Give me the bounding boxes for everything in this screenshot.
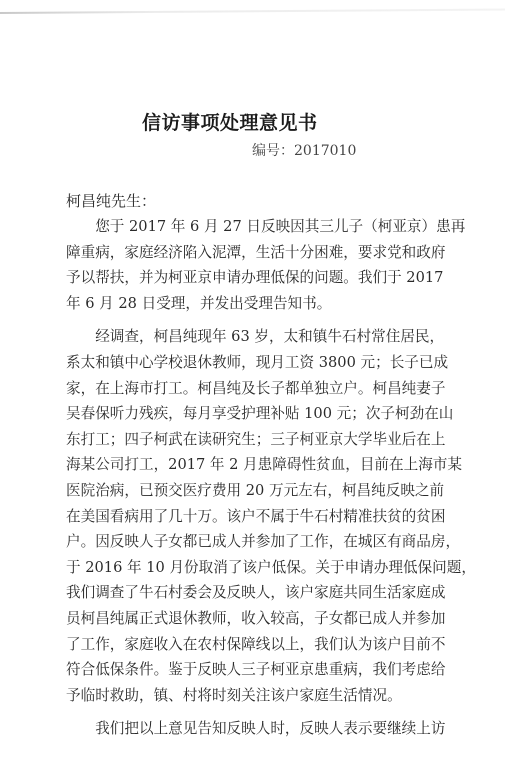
body-line: 您于 2017 年 6 月 27 日反映因其三儿子（柯亚京）患再 <box>66 214 470 240</box>
body-line: 员柯昌纯属正式退休教师，收入较高，子女都已成人并参加 <box>66 606 470 632</box>
scan-edge <box>0 8 505 14</box>
body-line: 海某公司打工，2017 年 2 月患障碍性贫血，目前在上海市某 <box>66 452 470 478</box>
body-line: 在美国看病用了几十万。该户不属于牛石村精准扶贫的贫困 <box>66 504 470 530</box>
paragraph-gap <box>66 708 470 716</box>
salutation: 柯昌纯先生： <box>66 190 156 211</box>
body-line: 经调查，柯昌纯现年 63 岁，太和镇牛石村常住居民， <box>66 324 470 350</box>
body-line: 于 2016 年 10 月份取消了该户低保。关于申请办理低保问题， <box>66 555 470 581</box>
body-line: 障重病，家庭经济陷入泥潭，生活十分困难，要求党和政府 <box>66 240 470 266</box>
body-line: 户。因反映人子女都已成人并参加了工作，在城区有商品房， <box>66 529 470 555</box>
body-line: 予以帮扶，并为柯亚京申请办理低保的问题。我们于 2017 <box>66 265 470 291</box>
body-line: 我们调查了牛石村委会及反映人，该户家庭共同生活家庭成 <box>66 580 470 606</box>
body-line: 我们把以上意见告知反映人时，反映人表示要继续上访 <box>66 716 470 742</box>
paragraph-gap <box>66 316 470 324</box>
body-line: 系太和镇中心学校退休教师，现月工资 3800 元；长子已成 <box>66 350 470 376</box>
body-line: 医院治病，已预交医疗费用 20 万元左右，柯昌纯反映之前 <box>66 478 470 504</box>
body-line: 了工作，家庭收入在农村保障线以上，我们认为该户目前不 <box>66 632 470 658</box>
body-line: 吴春保听力残疾，每月享受护理补贴 100 元；次子柯劲在山 <box>66 401 470 427</box>
body-line: 予临时救助，镇、村将时刻关注该户家庭生活情况。 <box>66 683 470 709</box>
document-title: 信访事项处理意见书 <box>142 108 318 135</box>
body-line: 东打工；四子柯武在读研究生；三子柯亚京大学毕业后在上 <box>66 427 470 453</box>
body-line: 年 6 月 28 日受理，并发出受理告知书。 <box>66 291 470 317</box>
body-line: 符合低保条件。鉴于反映人三子柯亚京患重病，我们考虑给 <box>66 657 470 683</box>
body-line: 家，在上海市打工。柯昌纯及长子都单独立户。柯昌纯妻子 <box>66 376 470 402</box>
document-number: 编号：2017010 <box>252 140 356 160</box>
document-body: 您于 2017 年 6 月 27 日反映因其三儿子（柯亚京）患再障重病，家庭经济… <box>66 214 470 742</box>
